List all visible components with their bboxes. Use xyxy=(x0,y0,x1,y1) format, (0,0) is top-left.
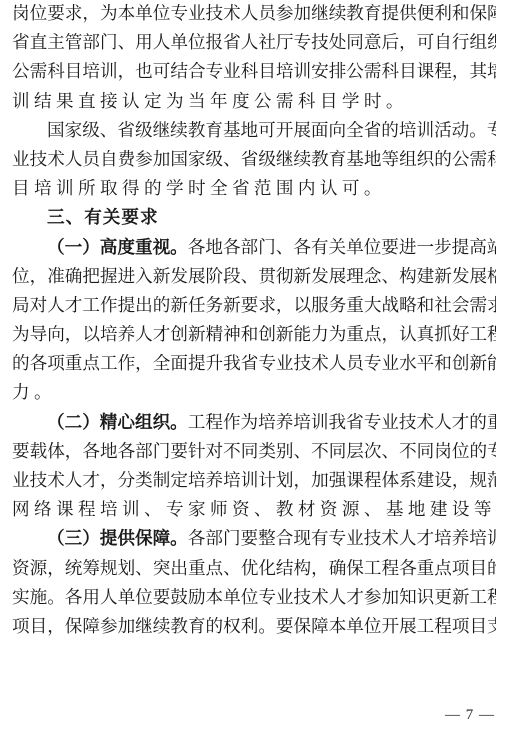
text-line: 实施。各用人单位要鼓励本单位专业技术人才参加知识更新工程 xyxy=(12,584,496,613)
text-run: 各地各部门、各有关单位要进一步提高站 xyxy=(188,238,496,258)
text-line: 的各项重点工作，全面提升我省专业技术人员专业水平和创新能 xyxy=(12,350,496,379)
subsection-start-line: （二）精心组织。工程作为培养培训我省专业技术人才的重 xyxy=(12,409,496,438)
subsection-title: （一）高度重视。 xyxy=(47,238,188,258)
text-line: 目培训所取得的学时全省范围内认可。 xyxy=(12,175,496,204)
text-line: 力。 xyxy=(12,379,496,408)
text-line: 要载体，各地各部门要针对不同类别、不同层次、不同岗位的专 xyxy=(12,438,496,467)
subsection-start-line: （一）高度重视。各地各部门、各有关单位要进一步提高站 xyxy=(12,234,496,263)
text-run: 各部门要整合现有专业技术人才培养培训 xyxy=(188,529,496,549)
text-line: 局对人才工作提出的新任务新要求，以服务重大战略和社会需求 xyxy=(12,292,496,321)
text-line: 业技术人员自费参加国家级、省级继续教育基地等组织的公需科 xyxy=(12,146,496,175)
page-number: — 7 — xyxy=(445,707,495,724)
text-line: 省直主管部门、用人单位报省人社厅专技处同意后，可自行组织 xyxy=(12,29,496,58)
text-line: 业技术人才，分类制定培养培训计划，加强课程体系建设，规范 xyxy=(12,467,496,496)
text-line: 网络课程培训、专家师资、教材资源、基地建设等重点工作。 xyxy=(12,496,496,525)
text-line: 为导向，以培养人才创新精神和创新能力为重点，认真抓好工程 xyxy=(12,321,496,350)
text-line: 位，准确把握进入新发展阶段、贯彻新发展理念、构建新发展格 xyxy=(12,263,496,292)
paragraph-start-line: 国家级、省级继续教育基地可开展面向全省的培训活动。专 xyxy=(12,117,496,146)
text-run: 工程作为培养培训我省专业技术人才的重 xyxy=(188,413,496,433)
subsection-start-line: （三）提供保障。各部门要整合现有专业技术人才培养培训 xyxy=(12,525,496,554)
text-line: 资源，统筹规划、突出重点、优化结构，确保工程各重点项目的 xyxy=(12,555,496,584)
subsection-title: （三）提供保障。 xyxy=(47,529,188,549)
document-page: 岗位要求，为本单位专业技术人员参加继续教育提供便利和保障。 省直主管部门、用人单… xyxy=(12,0,496,642)
text-line: 公需科目培训，也可结合专业科目培训安排公需科目课程，其培 xyxy=(12,58,496,87)
text-line: 项目，保障参加继续教育的权利。要保障本单位开展工程项目支 xyxy=(12,613,496,642)
text-line: 训结果直接认定为当年度公需科目学时。 xyxy=(12,88,496,117)
section-heading: 三、有关要求 xyxy=(12,204,496,233)
subsection-title: （二）精心组织。 xyxy=(47,413,188,433)
text-line: 岗位要求，为本单位专业技术人员参加继续教育提供便利和保障。 xyxy=(12,0,496,29)
